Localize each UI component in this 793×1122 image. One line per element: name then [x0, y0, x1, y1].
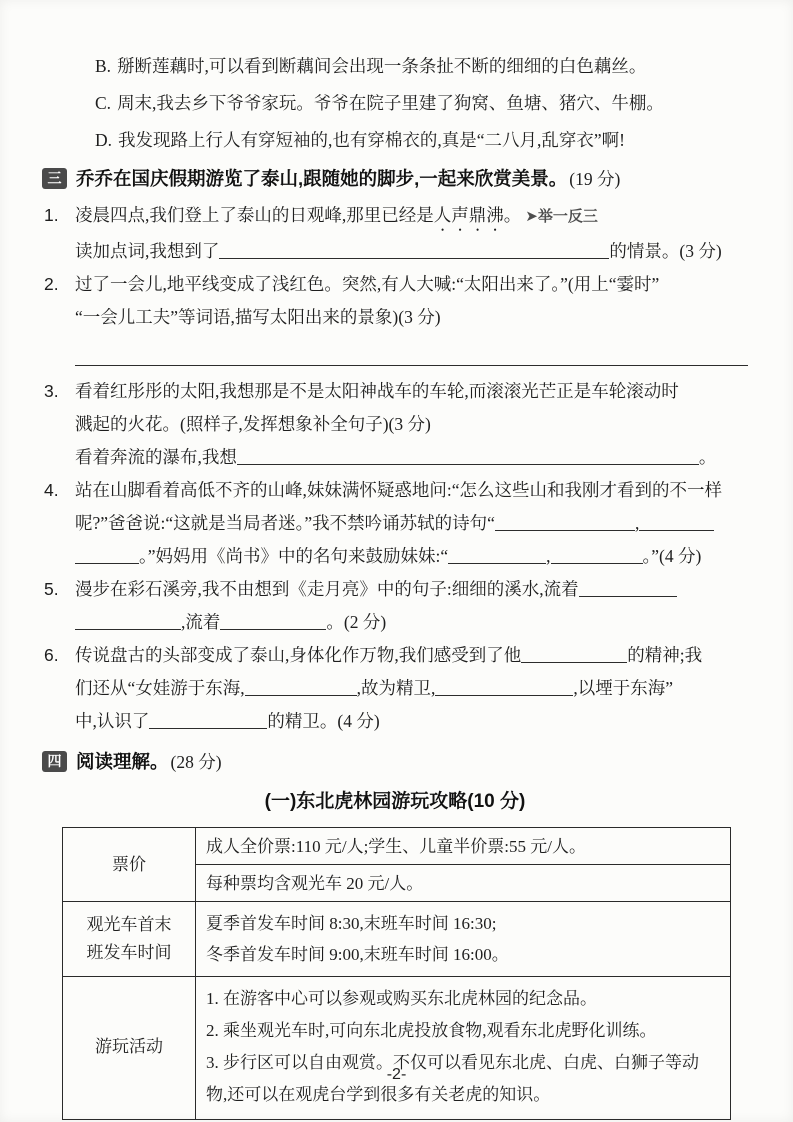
question-4-number: 4.	[44, 474, 59, 507]
question-2-text: 过了一会儿,地平线变成了浅红色。突然,有人大喊:“太阳出来了。”(用上“霎时”	[75, 274, 659, 294]
question-6-score: 的精卫。(4 分)	[267, 711, 379, 731]
question-6-line-3: 中,认识了的精卫。(4 分)	[75, 705, 748, 738]
answer-blank	[521, 646, 627, 663]
question-3-line-3: 看着奔流的瀑布,我想。	[75, 441, 748, 474]
answer-blank	[639, 514, 714, 531]
activity-1: 1. 在游客中心可以参观或购买东北虎林园的纪念品。	[206, 983, 720, 1015]
section-3-score: (19 分)	[569, 166, 620, 191]
answer-blank	[245, 679, 357, 696]
activity-2: 2. 乘坐观光车时,可向东北虎投放食物,观看东北虎野化训练。	[206, 1015, 720, 1047]
summer-bus-times: 夏季首发车时间 8:30,末班车时间 16:30;	[206, 908, 720, 939]
question-1-score: 的情景。(3 分)	[609, 241, 721, 261]
option-c-label: C.	[95, 93, 111, 113]
answer-blank	[579, 580, 677, 597]
table-label-activities: 游玩活动	[63, 977, 196, 1120]
question-2-answer-line	[75, 334, 748, 375]
option-c: C.周末,我去乡下爷爷家玩。爷爷在院子里建了狗窝、鱼塘、猪穴、牛棚。	[95, 91, 748, 116]
question-4-line-2: 呢?”爸爸说:“这就是当局者迷。”我不禁吟诵苏轼的诗句“,	[75, 507, 748, 540]
option-d-text: 我发现路上行人有穿短袖的,也有穿棉衣的,真是“二八月,乱穿衣”啊!	[118, 130, 625, 150]
question-6-quote-end: ,以堙于东海”	[573, 678, 673, 698]
question-3-period: 。	[699, 447, 717, 467]
question-2-text-cont: “一会儿工夫”等词语,描写太阳出来的景象)(3 分)	[75, 307, 441, 327]
option-c-text: 周末,我去乡下爷爷家玩。爷爷在院子里建了狗窝、鱼塘、猪穴、牛棚。	[117, 93, 664, 113]
question-4: 4. 站在山脚看着高低不齐的山峰,妹妹满怀疑惑地问:“怎么这些山和我刚才看到的不…	[42, 474, 748, 573]
sightseeing-fee-text: 每种票均含观光车 20 元/人。	[206, 868, 720, 899]
question-6-number: 6.	[44, 639, 59, 672]
question-3-number: 3.	[44, 375, 59, 408]
question-6-quote-mid: ,故为精卫,	[357, 678, 436, 698]
bus-times-label-line-1: 观光车首末	[73, 911, 185, 939]
question-5-score: 。(2 分)	[326, 612, 386, 632]
section-4-score: (28 分)	[171, 749, 222, 774]
activities-label: 游玩活动	[73, 1033, 185, 1061]
question-3: 3. 看着红彤彤的太阳,我想那是不是太阳神战车的车轮,而滚滚光芒正是车轮滚动时 …	[42, 375, 748, 474]
question-3-line-2: 溅起的火花。(照样子,发挥想象补全句子)(3 分)	[75, 408, 748, 441]
answer-blank	[448, 547, 546, 564]
answer-blank	[435, 679, 573, 696]
ticket-price-label: 票价	[73, 851, 185, 879]
option-b-label: B.	[95, 56, 111, 76]
question-5-number: 5.	[44, 573, 59, 606]
multiple-choice-options: B.掰断莲藕时,可以看到断藕间会出现一条条扯不断的细细的白色藕丝。 C.周末,我…	[95, 52, 748, 153]
question-2-line-1: 过了一会儿,地平线变成了浅红色。突然,有人大喊:“太阳出来了。”(用上“霎时”	[75, 268, 748, 301]
question-1-text-end: 。	[504, 205, 522, 225]
question-1-text: 凌晨四点,我们登上了泰山的日观峰,那里已经是	[75, 205, 434, 225]
section-4-header: 四 阅读理解。 (28 分)	[42, 748, 748, 774]
question-3-text: 看着红彤彤的太阳,我想那是不是太阳神战车的车轮,而滚滚光芒正是车轮滚动时	[75, 381, 679, 401]
table-label-bus-times: 观光车首末 班发车时间	[63, 902, 196, 977]
table-row-activities: 游玩活动 1. 在游客中心可以参观或购买东北虎林园的纪念品。 2. 乘坐观光车时…	[63, 977, 731, 1120]
section-3-header: 三 乔乔在国庆假期游览了泰山,跟随她的脚步,一起来欣赏美景。 (19 分)	[42, 165, 748, 191]
option-b-text: 掰断莲藕时,可以看到断藕间会出现一条条扯不断的细细的白色藕丝。	[117, 56, 646, 76]
question-4-line-3: 。”妈妈用《尚书》中的名句来鼓励妹妹:“,。”(4 分)	[75, 540, 748, 573]
bus-times-content: 夏季首发车时间 8:30,末班车时间 16:30; 冬季首发车时间 9:00,末…	[196, 902, 731, 977]
exam-page: B.掰断莲藕时,可以看到断藕间会出现一条条扯不断的细细的白色藕丝。 C.周末,我…	[0, 0, 793, 1122]
question-4-text-mother: 。”妈妈用《尚书》中的名句来鼓励妹妹:“	[139, 546, 448, 566]
reading-passage-title: (一)东北虎林园游玩攻略(10 分)	[42, 786, 748, 813]
question-2: 2. 过了一会儿,地平线变成了浅红色。突然,有人大喊:“太阳出来了。”(用上“霎…	[42, 268, 748, 375]
ticket-price-line-2: 每种票均含观光车 20 元/人。	[196, 865, 731, 902]
question-6-text-cont: 中,认识了	[75, 711, 149, 731]
question-3-line-1: 看着红彤彤的太阳,我想那是不是太阳神战车的车轮,而滚滚光芒正是车轮滚动时	[75, 375, 748, 408]
table-label-ticket-price: 票价	[63, 828, 196, 902]
page-number: -2-	[0, 1066, 793, 1084]
emphasized-idiom: 人声鼎沸	[434, 205, 504, 225]
question-6-line-2: 们还从“女娃游于东海,,故为精卫,,以堙于东海”	[75, 672, 748, 705]
answer-blank	[75, 547, 139, 564]
question-1-line-2: 读加点词,我想到了的情景。(3 分)	[75, 235, 748, 268]
page-content: B.掰断莲藕时,可以看到断藕间会出现一条条扯不断的细细的白色藕丝。 C.周末,我…	[42, 52, 748, 1120]
question-5-text: 漫步在彩石溪旁,我不由想到《走月亮》中的句子:细细的溪水,流着	[75, 579, 579, 599]
question-4-line-1: 站在山脚看着高低不齐的山峰,妹妹满怀疑惑地问:“怎么这些山和我刚才看到的不一样	[75, 474, 748, 507]
question-5-line-1: 漫步在彩石溪旁,我不由想到《走月亮》中的句子:细细的溪水,流着	[75, 573, 748, 606]
answer-blank	[495, 514, 635, 531]
question-6-text-end: 的精神;我	[627, 645, 702, 665]
question-2-line-2: “一会儿工夫”等词语,描写太阳出来的景象)(3 分)	[75, 301, 748, 334]
answer-blank	[551, 547, 643, 564]
bus-times-label-line-2: 班发车时间	[73, 939, 185, 967]
answer-blank	[149, 712, 267, 729]
question-1-line-1: 凌晨四点,我们登上了泰山的日观峰,那里已经是人声鼎沸。➤举一反三	[75, 199, 748, 235]
question-4-text: 站在山脚看着高低不齐的山峰,妹妹满怀疑惑地问:“怎么这些山和我刚才看到的不一样	[75, 480, 722, 500]
option-b: B.掰断莲藕时,可以看到断藕间会出现一条条扯不断的细细的白色藕丝。	[95, 54, 748, 79]
answer-blank	[75, 349, 748, 366]
section-3-badge: 三	[42, 168, 67, 189]
table-row-ticket-1: 票价 成人全价票:110 元/人;学生、儿童半价票:55 元/人。	[63, 828, 731, 865]
question-6-text: 传说盘古的头部变成了泰山,身体化作万物,我们感受到了他	[75, 645, 521, 665]
question-5: 5. 漫步在彩石溪旁,我不由想到《走月亮》中的句子:细细的溪水,流着 ,流着。(…	[42, 573, 748, 639]
practice-tag: ➤举一反三	[525, 208, 598, 225]
option-d-label: D.	[95, 130, 112, 150]
question-5-line-2: ,流着。(2 分)	[75, 606, 748, 639]
adult-ticket-text: 成人全价票:110 元/人;学生、儿童半价票:55 元/人。	[206, 831, 720, 862]
question-1-number: 1.	[44, 199, 59, 232]
option-d: D.我发现路上行人有穿短袖的,也有穿棉衣的,真是“二八月,乱穿衣”啊!	[95, 128, 748, 153]
ticket-price-line-1: 成人全价票:110 元/人;学生、儿童半价票:55 元/人。	[196, 828, 731, 865]
question-2-number: 2.	[44, 268, 59, 301]
section-3-title: 乔乔在国庆假期游览了泰山,跟随她的脚步,一起来欣赏美景。	[76, 165, 567, 191]
question-1-prompt: 读加点词,我想到了	[75, 241, 219, 261]
answer-blank	[220, 613, 326, 630]
question-4-text-cont: 呢?”爸爸说:“这就是当局者迷。”我不禁吟诵苏轼的诗句“	[75, 513, 495, 533]
question-1: 1. 凌晨四点,我们登上了泰山的日观峰,那里已经是人声鼎沸。➤举一反三 读加点词…	[42, 199, 748, 268]
section-4-badge: 四	[42, 751, 67, 772]
answer-blank	[237, 448, 699, 465]
question-3-prompt: 看着奔流的瀑布,我想	[75, 447, 237, 467]
table-row-bus-times: 观光车首末 班发车时间 夏季首发车时间 8:30,末班车时间 16:30; 冬季…	[63, 902, 731, 977]
answer-blank	[219, 242, 609, 259]
question-5-text-cont: ,流着	[181, 612, 220, 632]
question-6-quote-start: 们还从“女娃游于东海,	[75, 678, 245, 698]
activities-content: 1. 在游客中心可以参观或购买东北虎林园的纪念品。 2. 乘坐观光车时,可向东北…	[196, 977, 731, 1120]
question-4-score: 。”(4 分)	[643, 546, 702, 566]
winter-bus-times: 冬季首发车时间 9:00,末班车时间 16:00。	[206, 939, 720, 970]
question-3-text-cont: 溅起的火花。(照样子,发挥想象补全句子)(3 分)	[75, 414, 431, 434]
section-4-title: 阅读理解。	[76, 748, 169, 774]
question-6-line-1: 传说盘古的头部变成了泰山,身体化作万物,我们感受到了他的精神;我	[75, 639, 748, 672]
question-6: 6. 传说盘古的头部变成了泰山,身体化作万物,我们感受到了他的精神;我 们还从“…	[42, 639, 748, 738]
answer-blank	[75, 613, 181, 630]
